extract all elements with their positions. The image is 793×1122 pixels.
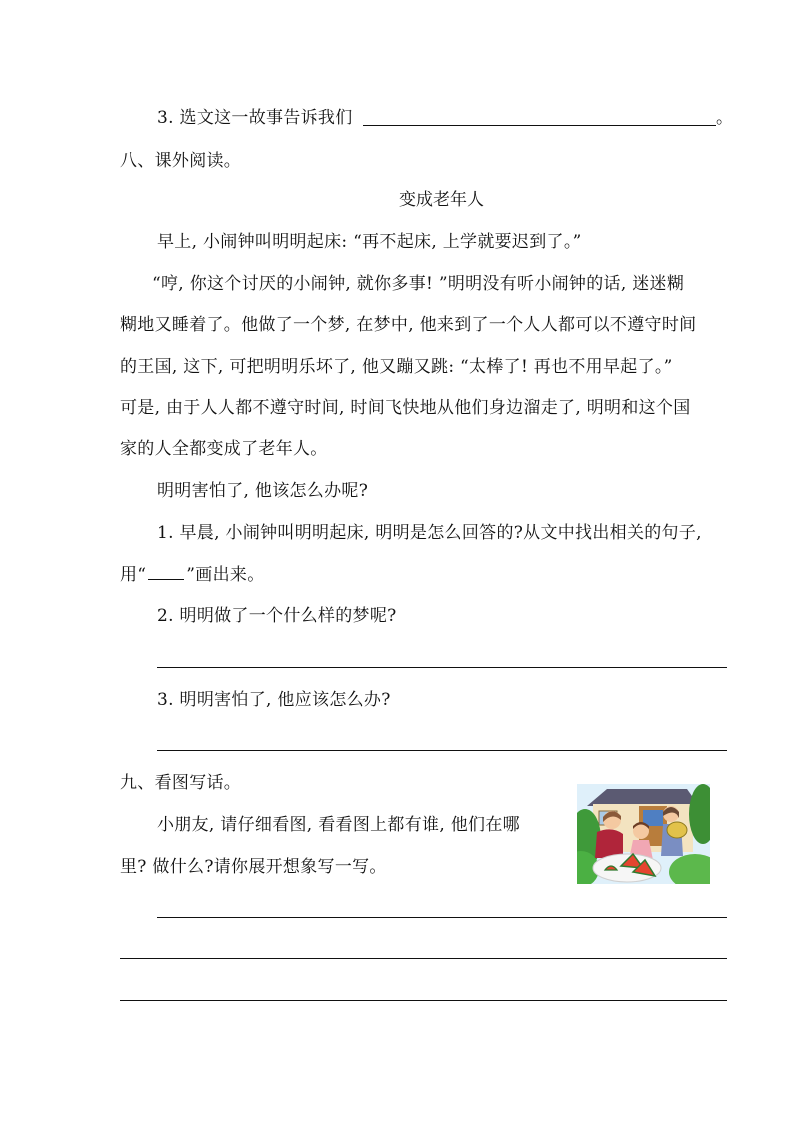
section8-q1-suffix: ”画出来。 bbox=[186, 565, 264, 585]
story-paragraph-1: 早上, 小闹钟叫明明起床: “再不起床, 上学就要迟到了。” bbox=[157, 231, 582, 253]
section9-writing-line-3[interactable] bbox=[120, 1000, 727, 1001]
family-watermelon-illustration bbox=[577, 784, 710, 884]
story-paragraph-2-line-2: 糊地又睡着了。他做了一个梦, 在梦中, 他来到了一个人人都可以不遵守时间 bbox=[120, 314, 696, 336]
section9-prompt-line-2: 里? 做什么?请你展开想象写一写。 bbox=[120, 856, 387, 878]
section7-q3-answer-blank[interactable] bbox=[363, 125, 716, 126]
section9-prompt-line-1: 小朋友, 请仔细看图, 看看图上都有谁, 他们在哪 bbox=[157, 814, 520, 836]
section9-writing-line-1[interactable] bbox=[157, 917, 727, 918]
section8-q1-prefix: 用“ bbox=[120, 565, 146, 585]
section8-heading: 八、课外阅读。 bbox=[120, 150, 241, 172]
story-paragraph-3: 明明害怕了, 他该怎么办呢? bbox=[157, 480, 368, 502]
section7-q3-label: 3. 选文这一故事告诉我们 bbox=[157, 107, 353, 129]
story-title: 变成老年人 bbox=[0, 189, 793, 211]
section8-q1-line-2: 用“”画出来。 bbox=[120, 564, 265, 586]
section8-q1-underline-sample bbox=[148, 565, 184, 580]
story-paragraph-2-line-1: “哼, 你这个讨厌的小闹钟, 就你多事! ”明明没有听小闹钟的话, 迷迷糊 bbox=[152, 273, 684, 295]
section9-heading: 九、看图写话。 bbox=[120, 772, 241, 794]
section7-q3-end-punct: 。 bbox=[716, 107, 733, 129]
section8-q3-answer-line[interactable] bbox=[157, 750, 727, 751]
section8-q1-line-1: 1. 早晨, 小闹钟叫明明起床, 明明是怎么回答的?从文中找出相关的句子, bbox=[157, 522, 702, 544]
story-paragraph-2-line-5: 家的人全都变成了老年人。 bbox=[120, 438, 328, 460]
story-paragraph-2-line-4: 可是, 由于人人都不遵守时间, 时间飞快地从他们身边溜走了, 明明和这个国 bbox=[120, 397, 691, 419]
story-paragraph-2-line-3: 的王国, 这下, 可把明明乐坏了, 他又蹦又跳: “太棒了! 再也不用早起了。” bbox=[120, 356, 673, 378]
section9-writing-line-2[interactable] bbox=[120, 958, 727, 959]
section8-q3-text: 3. 明明害怕了, 他应该怎么办? bbox=[157, 689, 391, 711]
section8-q2-answer-line[interactable] bbox=[157, 667, 727, 668]
section8-q2-text: 2. 明明做了一个什么样的梦呢? bbox=[157, 605, 397, 627]
